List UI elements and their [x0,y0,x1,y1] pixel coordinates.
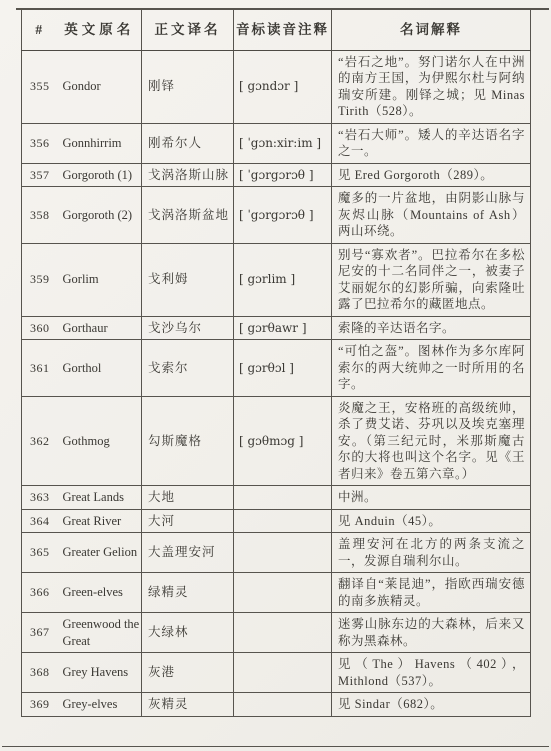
row-number-cell: 358 [22,187,58,244]
definition-cell: 见（The）Havens（402），Mithlond（537）。 [332,653,531,693]
translated-name-cell: 大河 [142,509,234,533]
english-name-cell: Greenwood the Great [58,613,142,653]
header-row: # 英文原名 正文译名 音标读音注释 名词解释 [22,10,531,50]
pronunciation-cell [234,653,332,693]
pronunciation-cell [234,693,332,717]
pronunciation-cell: [ ˈgɔrgɔrɔθ ] [234,163,332,187]
row-number-cell: 360 [22,316,58,340]
table-row: 364Great River大河见 Anduin（45）。 [22,509,531,533]
pronunciation-cell: [ gɔθmɔg ] [234,396,332,486]
translated-name-cell: 灰港 [142,653,234,693]
definition-cell: 炎魔之王，安格班的高级统帅，杀了费艾诺、芬巩以及埃克塞理安。（第三纪元时，米那斯… [332,396,531,486]
table-row: 360Gorthaur戈沙乌尔[ gɔrθawr ]索隆的辛达语名字。 [22,316,531,340]
col-header-translated-name: 正文译名 [142,10,234,50]
translated-name-cell: 刚铎 [142,50,234,123]
pronunciation-cell [234,486,332,510]
col-header-pronunciation: 音标读音注释 [234,10,332,50]
table-row: 366Green-elves绿精灵翻译自“莱昆迪”，指欧西瑞安德的南多族精灵。 [22,573,531,613]
english-name-cell: Gondor [58,50,142,123]
pronunciation-cell [234,509,332,533]
definition-cell: “岩石之地”。努门诺尔人在中洲的南方王国，为伊熙尔杜与阿纳瑞安所建。刚铎之城；见… [332,50,531,123]
table-row: 358Gorgoroth (2)戈涡洛斯盆地[ ˈgɔrgɔrɔθ ]魔多的一片… [22,187,531,244]
english-name-cell: Gonnhirrim [58,123,142,163]
col-header-definition: 名词解释 [332,10,531,50]
table-row: 356Gonnhirrim刚希尔人[ ˈgɔn:xir:im ]“岩石大师”。矮… [22,123,531,163]
english-name-cell: Gorthol [58,340,142,397]
row-number-cell: 355 [22,50,58,123]
table-row: 361Gorthol戈索尔[ gɔrθɔl ]“可怕之盔”。图林作为多尔库阿索尔… [22,340,531,397]
row-number-cell: 368 [22,653,58,693]
definition-cell: “可怕之盔”。图林作为多尔库阿索尔的两大统帅之一时所用的名字。 [332,340,531,397]
definition-cell: 翻译自“莱昆迪”，指欧西瑞安德的南多族精灵。 [332,573,531,613]
english-name-cell: Great Lands [58,486,142,510]
pronunciation-cell [234,573,332,613]
table-row: 369Grey-elves灰精灵见 Sindar（682）。 [22,693,531,717]
row-number-cell: 359 [22,243,58,316]
pronunciation-cell [234,613,332,653]
pronunciation-cell: [ gɔrlim ] [234,243,332,316]
translated-name-cell: 戈涡洛斯盆地 [142,187,234,244]
english-name-cell: Greater Gelion [58,533,142,573]
row-number-cell: 366 [22,573,58,613]
row-number-cell: 356 [22,123,58,163]
translated-name-cell: 灰精灵 [142,693,234,717]
translated-name-cell: 大地 [142,486,234,510]
translated-name-cell: 勾斯魔格 [142,396,234,486]
row-number-cell: 364 [22,509,58,533]
pronunciation-cell: [ gɔrθawr ] [234,316,332,340]
row-number-cell: 363 [22,486,58,510]
definition-cell: 别号“寡欢者”。巴拉希尔在多松尼安的十二名同伴之一，被妻子艾丽妮尔的幻影所骗，向… [332,243,531,316]
pronunciation-cell: [ gɔrθɔl ] [234,340,332,397]
col-header-english-name: 英文原名 [58,10,142,50]
row-number-cell: 362 [22,396,58,486]
definition-cell: 中洲。 [332,486,531,510]
pronunciation-cell: [ ˈgɔrgɔrɔθ ] [234,187,332,244]
translated-name-cell: 绿精灵 [142,573,234,613]
translated-name-cell: 戈利姆 [142,243,234,316]
english-name-cell: Grey Havens [58,653,142,693]
table-row: 363Great Lands大地中洲。 [22,486,531,510]
table-row: 357Gorgoroth (1)戈涡洛斯山脉[ ˈgɔrgɔrɔθ ]见 Ere… [22,163,531,187]
definition-cell: 迷雾山脉东边的大森林，后来又称为黑森林。 [332,613,531,653]
table-row: 367Greenwood the Great大绿林迷雾山脉东边的大森林，后来又称… [22,613,531,653]
glossary-rows: 355Gondor刚铎[ gɔndɔr ]“岩石之地”。努门诺尔人在中洲的南方王… [22,50,531,716]
english-name-cell: Gorlim [58,243,142,316]
pronunciation-cell [234,533,332,573]
table-row: 362Gothmog勾斯魔格[ gɔθmɔg ]炎魔之王，安格班的高级统帅，杀了… [22,396,531,486]
page-bottom-rule [2,746,549,747]
definition-cell: 魔多的一片盆地，由阴影山脉与灰烬山脉（Mountains of Ash）两山环绕… [332,187,531,244]
english-name-cell: Gothmog [58,396,142,486]
english-name-cell: Grey-elves [58,693,142,717]
definition-cell: 见 Anduin（45）。 [332,509,531,533]
translated-name-cell: 大绿林 [142,613,234,653]
scanned-page: # 英文原名 正文译名 音标读音注释 名词解释 355Gondor刚铎[ gɔn… [0,0,551,751]
glossary-table: # 英文原名 正文译名 音标读音注释 名词解释 355Gondor刚铎[ gɔn… [21,10,531,717]
english-name-cell: Gorthaur [58,316,142,340]
english-name-cell: Great River [58,509,142,533]
translated-name-cell: 戈沙乌尔 [142,316,234,340]
definition-cell: “岩石大师”。矮人的辛达语名字之一。 [332,123,531,163]
table-row: 368Grey Havens灰港见（The）Havens（402），Mithlo… [22,653,531,693]
row-number-cell: 365 [22,533,58,573]
english-name-cell: Gorgoroth (2) [58,187,142,244]
row-number-cell: 361 [22,340,58,397]
definition-cell: 盖理安河在北方的两条支流之一，发源自瑞利尔山。 [332,533,531,573]
table-row: 355Gondor刚铎[ gɔndɔr ]“岩石之地”。努门诺尔人在中洲的南方王… [22,50,531,123]
row-number-cell: 357 [22,163,58,187]
row-number-cell: 367 [22,613,58,653]
col-header-index: # [22,10,58,50]
translated-name-cell: 戈索尔 [142,340,234,397]
translated-name-cell: 刚希尔人 [142,123,234,163]
pronunciation-cell: [ ˈgɔn:xir:im ] [234,123,332,163]
definition-cell: 索隆的辛达语名字。 [332,316,531,340]
english-name-cell: Green-elves [58,573,142,613]
pronunciation-cell: [ gɔndɔr ] [234,50,332,123]
definition-cell: 见 Ered Gorgoroth（289）。 [332,163,531,187]
row-number-cell: 369 [22,693,58,717]
translated-name-cell: 戈涡洛斯山脉 [142,163,234,187]
table-row: 365Greater Gelion大盖理安河盖理安河在北方的两条支流之一，发源自… [22,533,531,573]
english-name-cell: Gorgoroth (1) [58,163,142,187]
table-row: 359Gorlim戈利姆[ gɔrlim ]别号“寡欢者”。巴拉希尔在多松尼安的… [22,243,531,316]
translated-name-cell: 大盖理安河 [142,533,234,573]
definition-cell: 见 Sindar（682）。 [332,693,531,717]
